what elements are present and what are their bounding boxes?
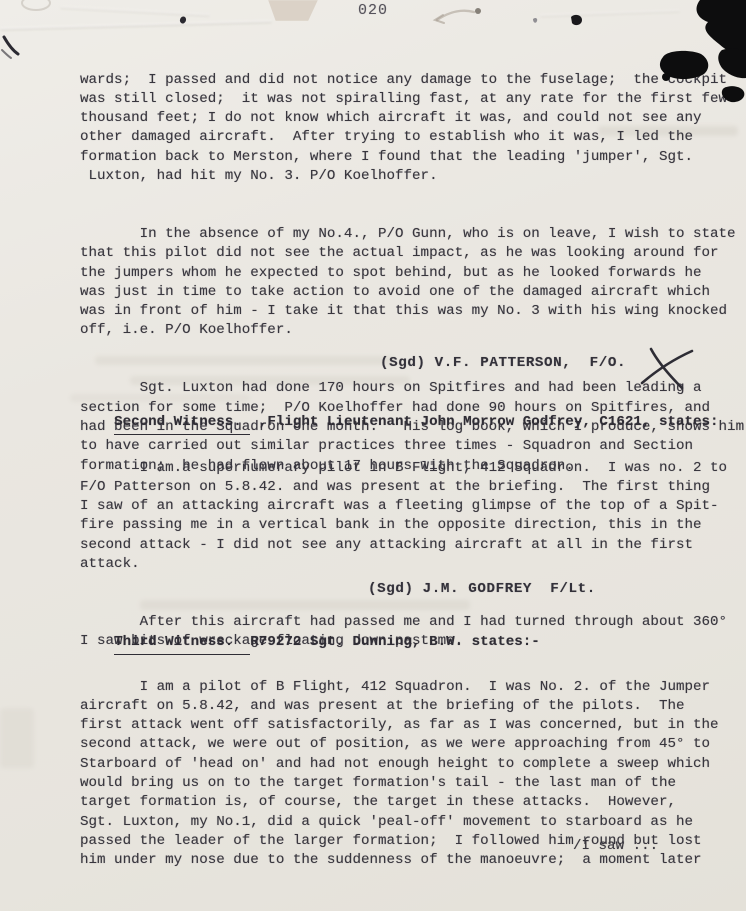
paper-crease: [540, 10, 680, 18]
continuation-mark: /I saw ...: [573, 837, 658, 856]
patterson-signature: (Sgd) V.F. PATTERSON, F/O.: [380, 354, 626, 373]
bleed-through-smudge: [0, 708, 34, 768]
handwritten-tick: [4, 37, 18, 54]
statement-paragraph: In the absence of my No.4., P/O Gunn, wh…: [80, 225, 744, 341]
paper-crease: [60, 6, 210, 17]
ink-speck: [571, 15, 582, 25]
page-number: 020: [358, 2, 388, 19]
handwritten-tick: [2, 50, 11, 58]
paper-crease: [0, 20, 272, 31]
statement-paragraph: I am.a supernumerary pilot in B Flight, …: [80, 459, 727, 575]
paper-fold-mark: [266, 0, 320, 21]
third-witness-statement: I am a pilot of B Flight, 412 Squadron. …: [80, 639, 719, 909]
scanned-document-page: 020 wards; I passed and did not notice a…: [0, 0, 746, 911]
ink-speck: [533, 18, 537, 23]
godfrey-signature: (Sgd) J.M. GODFREY F/Lt.: [368, 580, 596, 599]
statement-paragraph: wards; I passed and did not notice any d…: [80, 71, 744, 187]
